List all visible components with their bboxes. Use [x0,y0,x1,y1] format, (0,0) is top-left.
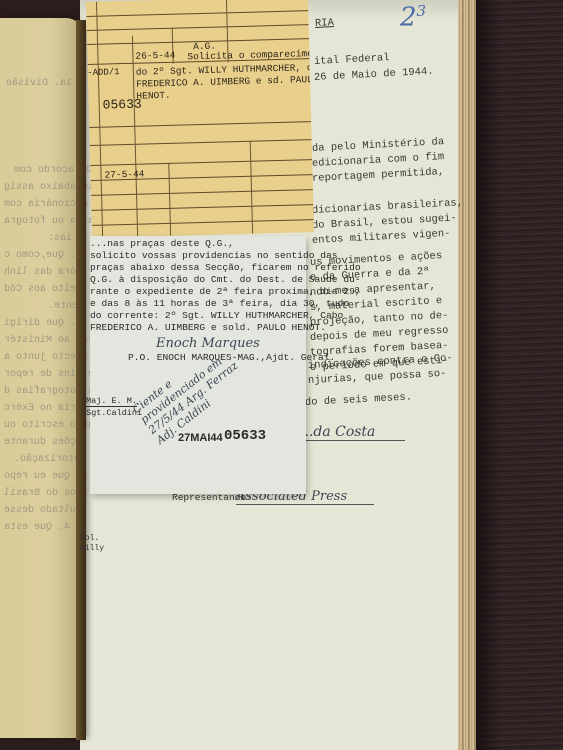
card-date-received: 27-5-44 [104,169,144,181]
stacked-page-edges [458,0,476,750]
card-ref-code: S-ADD/1 [86,67,120,78]
received-stamp-date: 27MAI44 [178,432,223,444]
edge-fragment-1: Sol. [80,534,99,543]
letter-signature: ...da Costa [300,424,405,441]
letter-heading: RIA [315,17,335,30]
index-card: S-ADD/1 26-5-44 A.G. 05633 Solicita o co… [86,0,314,238]
left-facing-page: 1a. Divisão De acordo com sio abaixo ass… [0,18,84,738]
received-stamp-number: 05633 [224,428,266,444]
card-subject-line: HENOT. [136,90,170,102]
handwritten-page-number: 23 [400,2,426,33]
edge-fragment-2: Willy [80,544,104,553]
card-date-sent: 26-5-44 [135,50,175,62]
card-subject-line: Solicita o compareciment [187,48,314,63]
memo-sheet: ...nas praças deste Q.G., solicito vossa… [90,236,306,494]
binding-spine [76,20,86,740]
